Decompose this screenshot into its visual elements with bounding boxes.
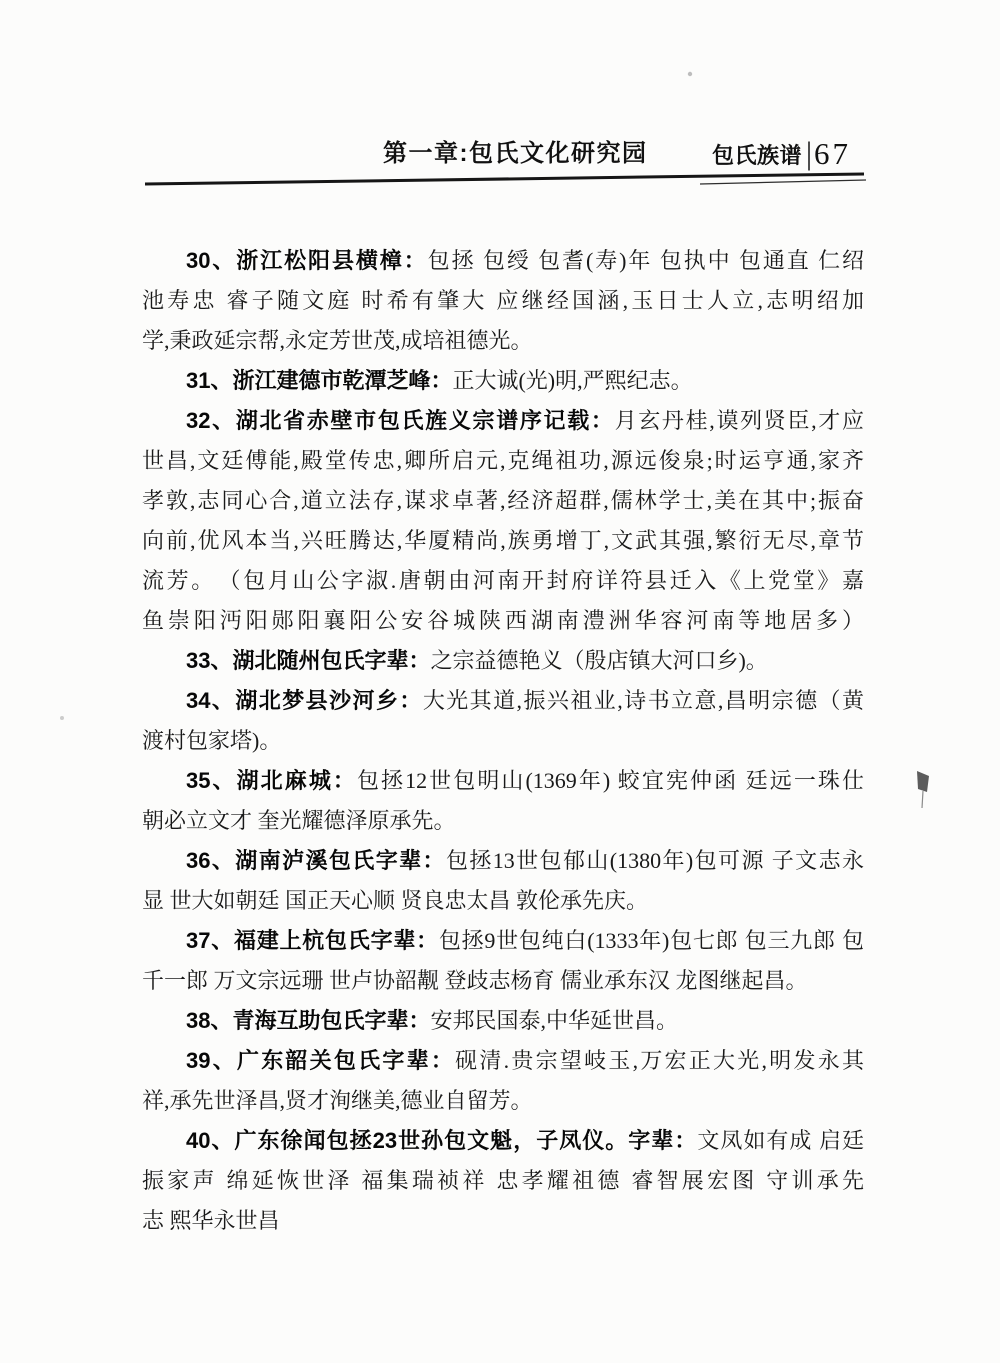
- text-line: 朝必立文才 奎光耀德泽原承先。: [142, 801, 864, 841]
- entry-text: 朝必立文才 奎光耀德泽原承先。: [142, 808, 456, 833]
- ink-smudge: [917, 771, 929, 792]
- paragraph: 39、广东韶关包氏字辈：砚清.贵宗望岐玉,万宏正大光,明发永其祥,承先世泽昌,贤…: [142, 1041, 864, 1121]
- text-line: 30、浙江松阳县横樟：包拯 包绶 包耆(寿)年 包执中 包通直 仁绍: [142, 241, 864, 281]
- entry-label: 32、湖北省赤壁市包氏旌义宗谱序记载：: [186, 408, 615, 433]
- entry-text: 包拯9世包纯白(1333年)包七郎 包三九郎 包: [439, 928, 864, 953]
- entry-text: 孝敦,志同心合,道立法存,谋求卓著,经济超群,儒林学士,美在其中;振奋: [142, 488, 864, 513]
- scan-speck: [60, 716, 64, 720]
- paragraph: 40、广东徐闻包拯23世孙包文魁，子凤仪。字辈：文凤如有成 启廷振家声 绵延恢世…: [142, 1121, 864, 1241]
- text-line: 孝敦,志同心合,道立法存,谋求卓著,经济超群,儒林学士,美在其中;振奋: [142, 481, 864, 521]
- paragraph: 36、湖南泸溪包氏字辈：包拯13世包郁山(1380年)包可源 子文志永显 世大如…: [142, 841, 864, 921]
- entry-text: 正大诚(光)明,严熙纪志。: [452, 368, 692, 393]
- entry-text: 渡村包家塔)。: [142, 728, 281, 753]
- entry-label: 37、福建上杭包氏字辈：: [186, 928, 439, 953]
- text-line: 流芳。 （包月山公字淑.唐朝由河南开封府详符县迁入《上党堂》嘉: [142, 561, 864, 601]
- entry-text: 月玄丹桂,谟列贤臣,才应: [615, 408, 864, 433]
- separator-bar: |: [806, 136, 812, 172]
- entry-text: 学,秉政延宗帮,永定芳世茂,成培祖德光。: [142, 328, 533, 353]
- entry-text: 志 熙华永世昌: [142, 1208, 280, 1233]
- entry-label: 30、浙江松阳县横樟：: [186, 248, 428, 273]
- page-body: 30、浙江松阳县横樟：包拯 包绶 包耆(寿)年 包执中 包通直 仁绍池寿忠 睿子…: [142, 241, 864, 1241]
- text-line: 池寿忠 睿子随文庭 时希有肇大 应继经国涵,玉日士人立,志明绍加: [142, 281, 864, 321]
- entry-label: 33、湖北随州包氏字辈：: [186, 648, 430, 673]
- paragraph: 33、湖北随州包氏字辈：之宗益德艳义（殷店镇大河口乡)。: [142, 641, 864, 681]
- entry-label: 35、湖北麻城：: [186, 768, 357, 793]
- text-line: 33、湖北随州包氏字辈：之宗益德艳义（殷店镇大河口乡)。: [142, 641, 864, 681]
- ink-smudge-tail: [922, 791, 923, 808]
- header-rule-double: [700, 180, 866, 184]
- scan-speck: [688, 72, 692, 76]
- entry-text: 祥,承先世泽昌,贤才洵继美,德业自留芳。: [142, 1088, 533, 1113]
- entry-text: 向前,优风本当,兴旺腾达,华厦精尚,族勇增丁,文武其强,繁衍无尽,章节: [142, 528, 864, 553]
- text-line: 志 熙华永世昌: [142, 1201, 864, 1241]
- entry-label: 38、青海互助包氏字辈：: [186, 1008, 430, 1033]
- book-page-ref: 包氏族谱 | 67: [712, 136, 851, 172]
- entry-label: 40、广东徐闻包拯23世孙包文魁，子凤仪。字辈：: [186, 1128, 697, 1153]
- text-line: 34、湖北梦县沙河乡：大光其道,振兴祖业,诗书立意,昌明宗德（黄: [142, 681, 864, 721]
- entry-text: 包拯12世包明山(1369年) 蛟宜宪仲函 廷远一珠仕: [357, 768, 864, 793]
- entry-text: 文凤如有成 启廷: [697, 1128, 864, 1153]
- text-line: 显 世大如朝廷 国正天心顺 贤良忠太昌 敦伦承先庆。: [142, 881, 864, 921]
- entry-text: 安邦民国泰,中华延世昌。: [430, 1008, 678, 1033]
- paragraph: 32、湖北省赤壁市包氏旌义宗谱序记载：月玄丹桂,谟列贤臣,才应世昌,文廷傅能,殿…: [142, 401, 864, 641]
- text-line: 38、青海互助包氏字辈：安邦民国泰,中华延世昌。: [142, 1001, 864, 1041]
- text-line: 36、湖南泸溪包氏字辈：包拯13世包郁山(1380年)包可源 子文志永: [142, 841, 864, 881]
- text-line: 鱼崇阳沔阳郧阳襄阳公安谷城陕西湖南澧洲华容河南等地居多）: [142, 601, 864, 641]
- text-line: 35、湖北麻城：包拯12世包明山(1369年) 蛟宜宪仲函 廷远一珠仕: [142, 761, 864, 801]
- entry-text: 池寿忠 睿子随文庭 时希有肇大 应继经国涵,玉日士人立,志明绍加: [142, 288, 864, 313]
- paragraph: 37、福建上杭包氏字辈：包拯9世包纯白(1333年)包七郎 包三九郎 包千一郎 …: [142, 921, 864, 1001]
- entry-label: 31、浙江建德市乾潭芝峰：: [186, 368, 452, 393]
- header-rule: [145, 174, 864, 184]
- text-line: 世昌,文廷傅能,殿堂传忠,卿所启元,克绳祖功,源远俊泉;时运亨通,家齐: [142, 441, 864, 481]
- text-line: 学,秉政延宗帮,永定芳世茂,成培祖德光。: [142, 321, 864, 361]
- entry-text: 流芳。 （包月山公字淑.唐朝由河南开封府详符县迁入《上党堂》嘉: [142, 568, 864, 593]
- text-line: 祥,承先世泽昌,贤才洵继美,德业自留芳。: [142, 1081, 864, 1121]
- paragraph: 30、浙江松阳县横樟：包拯 包绶 包耆(寿)年 包执中 包通直 仁绍池寿忠 睿子…: [142, 241, 864, 361]
- text-line: 32、湖北省赤壁市包氏旌义宗谱序记载：月玄丹桂,谟列贤臣,才应: [142, 401, 864, 441]
- entry-text: 世昌,文廷傅能,殿堂传忠,卿所启元,克绳祖功,源远俊泉;时运亨通,家齐: [142, 448, 864, 473]
- paragraph: 31、浙江建德市乾潭芝峰：正大诚(光)明,严熙纪志。: [142, 361, 864, 401]
- entry-text: 砚清.贵宗望岐玉,万宏正大光,明发永其: [455, 1048, 864, 1073]
- entry-label: 34、湖北梦县沙河乡：: [186, 688, 423, 713]
- entry-text: 之宗益德艳义（殷店镇大河口乡)。: [430, 648, 767, 673]
- paragraph: 35、湖北麻城：包拯12世包明山(1369年) 蛟宜宪仲函 廷远一珠仕朝必立文才…: [142, 761, 864, 841]
- entry-label: 36、湖南泸溪包氏字辈：: [186, 848, 446, 873]
- chapter-title: 第一章:包氏文化研究园: [383, 140, 648, 168]
- text-line: 渡村包家塔)。: [142, 721, 864, 761]
- book-title: 包氏族谱: [712, 139, 802, 170]
- entry-text: 振家声 绵延恢世泽 福集瑞祯祥 忠孝耀祖德 睿智展宏图 守训承先: [142, 1168, 864, 1193]
- paragraph: 34、湖北梦县沙河乡：大光其道,振兴祖业,诗书立意,昌明宗德（黄渡村包家塔)。: [142, 681, 864, 761]
- text-line: 千一郎 万文宗远珊 世卢协韶觏 登歧志杨育 儒业承东汉 龙图继起昌。: [142, 961, 864, 1001]
- entry-text: 千一郎 万文宗远珊 世卢协韶觏 登歧志杨育 儒业承东汉 龙图继起昌。: [142, 968, 808, 993]
- text-line: 31、浙江建德市乾潭芝峰：正大诚(光)明,严熙纪志。: [142, 361, 864, 401]
- entry-text: 包拯13世包郁山(1380年)包可源 子文志永: [446, 848, 864, 873]
- text-line: 40、广东徐闻包拯23世孙包文魁，子凤仪。字辈：文凤如有成 启廷: [142, 1121, 864, 1161]
- text-line: 37、福建上杭包氏字辈：包拯9世包纯白(1333年)包七郎 包三九郎 包: [142, 921, 864, 961]
- entry-text: 鱼崇阳沔阳郧阳襄阳公安谷城陕西湖南澧洲华容河南等地居多）: [142, 608, 864, 633]
- text-line: 向前,优风本当,兴旺腾达,华厦精尚,族勇增丁,文武其强,繁衍无尽,章节: [142, 521, 864, 561]
- entry-text: 包拯 包绶 包耆(寿)年 包执中 包通直 仁绍: [428, 248, 864, 273]
- scanned-genealogy-page: 第一章:包氏文化研究园 包氏族谱 | 67 30、浙江松阳县横樟：包拯 包绶 包…: [0, 0, 1000, 1363]
- entry-label: 39、广东韶关包氏字辈：: [186, 1048, 455, 1073]
- text-line: 振家声 绵延恢世泽 福集瑞祯祥 忠孝耀祖德 睿智展宏图 守训承先: [142, 1161, 864, 1201]
- text-line: 39、广东韶关包氏字辈：砚清.贵宗望岐玉,万宏正大光,明发永其: [142, 1041, 864, 1081]
- entry-text: 大光其道,振兴祖业,诗书立意,昌明宗德（黄: [423, 688, 864, 713]
- entry-text: 显 世大如朝廷 国正天心顺 贤良忠太昌 敦伦承先庆。: [142, 888, 648, 913]
- page-number: 67: [814, 136, 851, 172]
- paragraph: 38、青海互助包氏字辈：安邦民国泰,中华延世昌。: [142, 1001, 864, 1041]
